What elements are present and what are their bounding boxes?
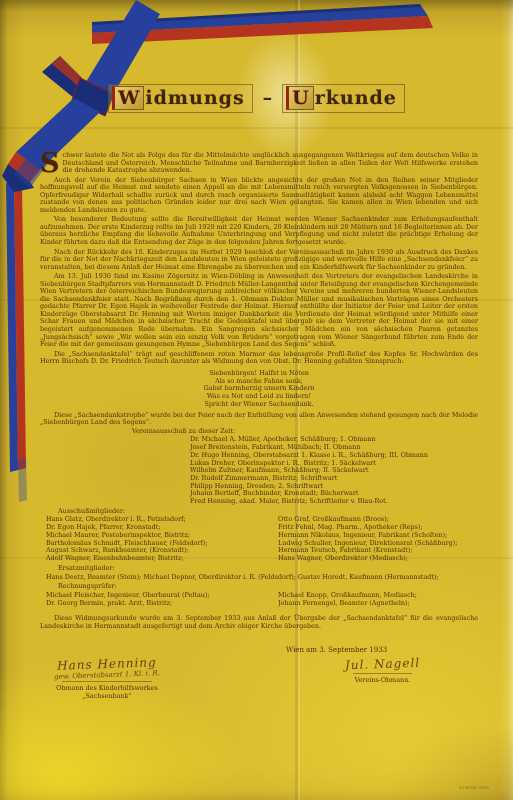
member-entry: Hermann Teutsch, Fabrikant (Kronstadt); <box>278 547 478 555</box>
paragraph-6: Die „Sachsendanktafel“ trägt auf geschli… <box>40 351 478 366</box>
signature-left-caption: Obmann des Kinderhilfswerkes <box>54 684 160 692</box>
title-word-urkunde: Urkunde <box>282 84 405 113</box>
auditor-entry: Michael Knopp, Großkaufmann, Mediasch; <box>278 592 478 600</box>
signature-right-block: Jul. Nagell Vereins-Obmann. <box>345 657 420 700</box>
auditors-list: Michael Fleischer, Ingenieur, Oberbaurat… <box>46 592 478 608</box>
member-entry: Hans Glatz, Oberdirektor i. R., Petzelsd… <box>46 516 270 524</box>
signature-rule <box>353 673 412 674</box>
paragraph-1: Schwer lastete die Not als Folge des für… <box>40 152 478 175</box>
auditor-entry: Dr. Georg Bermin, prakt. Arzt, Bistritz; <box>46 600 270 608</box>
document-photo: Widmungs – Urkunde Schwer lastete die No… <box>0 0 513 800</box>
document-title: Widmungs – Urkunde <box>0 84 513 113</box>
substitutes-line: Hans Deetz, Beamter (Stein); Michael Dep… <box>46 574 478 582</box>
member-entry: Fritz Fehnl, Mag. Pharm., Apotheker (Rep… <box>278 524 478 532</box>
auditor-entry: Johann Fernengel, Beamter (Agnetheln); <box>278 600 478 608</box>
paragraph-4: Nach der Rückkehr des 10. Kinderzuges im… <box>40 249 478 272</box>
signature-left-block: Hans Henning gew. Oberstabsarzt 1. Kl. i… <box>54 657 160 700</box>
committee-heading: Vereinsausschuß zu dieser Zeit: <box>132 428 478 436</box>
member-entry: Ludwig Schuller, Ingenieur, Direktionsra… <box>278 540 478 548</box>
members-list: Hans Glatz, Oberdirektor i. R., Petzelsd… <box>46 516 478 563</box>
signature-rule <box>62 681 152 682</box>
photo-credit: Im Besitz Wien <box>459 785 489 790</box>
member-entry: August Schwarz, Bankbeamter, (Kronstadt)… <box>46 547 270 555</box>
illuminated-initial-s: S <box>40 153 60 174</box>
signature-right-handwriting: Jul. Nagell <box>345 655 421 672</box>
title-word-widmungs: Widmungs <box>108 84 253 113</box>
member-entry: Adolf Wagner, Eisenbahnbeamter, Bistritz… <box>46 555 270 563</box>
signature-row: Hans Henning gew. Oberstabsarzt 1. Kl. i… <box>40 657 478 700</box>
member-entry: Bartholomäus Schmidt, Fleischhauer, (Fel… <box>46 540 270 548</box>
title-dash: – <box>263 87 273 109</box>
auditors-heading: Rechnungsprüfer: <box>58 583 478 591</box>
member-entry: Hans Wagner, Oberdirektor (Mediasch); <box>278 555 478 563</box>
member-entry: Hermann Nikolaus, Ingenieur, Fabrikant (… <box>278 532 478 540</box>
closing-paragraph: Diese Widmungsurkunde wurde am 3. Septem… <box>40 615 478 630</box>
officers-list: Dr. Michael A. Müller, Apotheker, Schäßb… <box>190 436 428 505</box>
officer-entry: Fred Henning, akad. Maler, Bistritz; Sch… <box>190 498 428 506</box>
illuminated-initial-w: W <box>112 86 144 110</box>
paragraph-5: Am 13. Juli 1930 fand im Kasino Zögernit… <box>40 273 478 348</box>
paragraph-2: Auch der Verein der Siebenbürger Sachsen… <box>40 177 478 215</box>
dedication-verse: Siebenbürgen! Halfst in Nöten Als so man… <box>40 370 478 409</box>
member-entry: Michael Maurer, Postoberinspektor, Bistr… <box>46 532 270 540</box>
signature-right-caption: Vereins-Obmann. <box>345 676 420 684</box>
dateline: Wien am 3. September 1933 <box>286 646 478 654</box>
member-entry: Otto Graf, Großkaufmann (Broos); <box>278 516 478 524</box>
document-body: Schwer lastete die Not als Folge des für… <box>40 152 478 700</box>
verse-line: Spricht der Wiener Sachsendank. <box>40 401 478 409</box>
member-entry: Dr. Egon Hajek, Pfarrer, Kronstadt; <box>46 524 270 532</box>
title-word2-rest: rkunde <box>315 87 397 109</box>
members-heading: Ausschußmitglieder: <box>58 508 478 516</box>
strophe-note: Diese „Sachsendankstrophe“ wurde bei der… <box>40 412 478 427</box>
signature-left-caption-line2: „Sachsenbank“ <box>54 692 160 700</box>
paragraph-1-text: chwer lastete die Not als Folge des für … <box>63 151 479 174</box>
paragraph-3: Von besonderer Bedeutung sollte die Bere… <box>40 216 478 246</box>
illuminated-initial-u: U <box>286 86 314 110</box>
auditor-entry: Michael Fleischer, Ingenieur, Oberbaurat… <box>46 592 270 600</box>
title-word1-rest: idmungs <box>145 87 244 109</box>
substitutes-heading: Ersatzmitglieder: <box>58 565 478 573</box>
